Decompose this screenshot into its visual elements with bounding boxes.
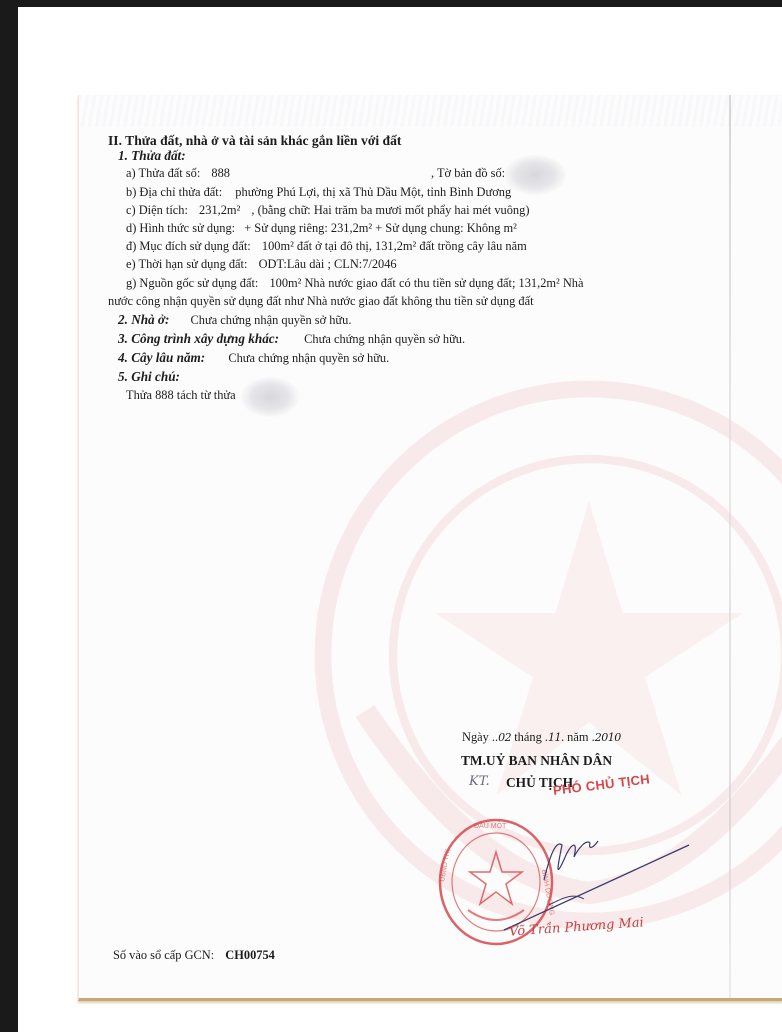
- land-origin: g) Nguồn gốc sử dụng đất: 100m² Nhà nước…: [126, 276, 584, 291]
- land-parcel-number: a) Thửa đất số: 888: [126, 166, 230, 181]
- origin-value-1: 100m² Nhà nước giao đất có thu tiền sử d…: [269, 276, 583, 290]
- notes-heading: 5. Ghi chú:: [118, 369, 180, 384]
- use-form-label: d) Hình thức sử dụng:: [126, 221, 235, 235]
- registry-value: CH00754: [225, 948, 275, 962]
- parcel-number-value: 888: [211, 166, 230, 180]
- registry-label: Số vào sổ cấp GCN:: [113, 948, 214, 962]
- construction-value: Chưa chứng nhận quyền sở hữu.: [304, 332, 465, 346]
- area-value: 231,2m²: [199, 203, 240, 217]
- land-origin-continued: nước công nhận quyền sử dụng đất như Nhà…: [108, 294, 534, 309]
- date-year-label: . năm .: [561, 730, 595, 744]
- land-use-term: e) Thời hạn sử dụng đất: ODT:Lâu dài ; C…: [126, 257, 397, 272]
- land-use-purpose: đ) Mục đích sử dụng đất: 100m² đất ở tại…: [126, 239, 527, 254]
- notes-value: Thửa 888 tách từ thửa: [126, 388, 236, 403]
- redacted-parent-parcel: [241, 377, 299, 417]
- map-sheet-label: , Tờ bản đồ số:: [431, 166, 505, 180]
- address-value: phường Phú Lợi, thị xã Thủ Dầu Một, tỉnh…: [235, 185, 511, 199]
- issue-date: Ngày ..02 tháng .11. năm .2010: [462, 730, 621, 745]
- use-form-value: + Sử dụng riêng: 231,2m² + Sử dụng chung…: [244, 221, 517, 235]
- origin-label: g) Nguồn gốc sử dụng đất:: [126, 276, 258, 290]
- handwritten-signature-icon: [474, 785, 694, 935]
- date-month: 11: [548, 731, 561, 744]
- construction-heading: 3. Công trình xây dựng khác:: [118, 331, 279, 346]
- viewer-frame-left: [0, 0, 18, 1032]
- section-title: II. Thửa đất, nhà ở và tài sản khác gắn …: [108, 133, 401, 148]
- issuing-authority: TM.UỶ BAN NHÂN DÂN: [461, 753, 612, 769]
- area-in-words: , (bằng chữ: Hai trăm ba mươi mốt phẩy h…: [251, 203, 529, 217]
- construction-row: 3. Công trình xây dựng khác: Chưa chứng …: [118, 331, 465, 347]
- registry-number: Số vào sổ cấp GCN: CH00754: [113, 948, 275, 963]
- date-day: 02: [498, 731, 511, 744]
- map-sheet-number: , Tờ bản đồ số:: [431, 166, 505, 181]
- use-term-label: e) Thời hạn sử dụng đất:: [126, 257, 247, 271]
- land-heading: 1. Thửa đất:: [118, 148, 186, 163]
- trees-value: Chưa chứng nhận quyền sở hữu.: [228, 351, 389, 365]
- area-label: c) Diện tích:: [126, 203, 188, 217]
- use-term-value: ODT:Lâu dài ; CLN:7/2046: [259, 257, 397, 271]
- trees-row: 4. Cây lâu năm: Chưa chứng nhận quyền sở…: [118, 350, 389, 366]
- parcel-number-label: a) Thửa đất số:: [126, 166, 200, 180]
- viewer-frame-top: [0, 0, 782, 7]
- trees-heading: 4. Cây lâu năm:: [118, 350, 205, 365]
- land-use-form: d) Hình thức sử dụng: + Sử dụng riêng: 2…: [126, 221, 517, 236]
- svg-text:UBND THỊ: UBND THỊ: [439, 849, 452, 883]
- date-month-label: tháng .: [511, 730, 548, 744]
- house-row: 2. Nhà ở: Chưa chứng nhận quyền sở hữu.: [118, 312, 351, 328]
- redacted-map-sheet: [504, 155, 566, 195]
- use-purpose-value: 100m² đất ở tại đô thị, 131,2m² đất trồn…: [262, 239, 527, 253]
- land-address: b) Địa chỉ thửa đất: phường Phú Lợi, thị…: [126, 185, 511, 200]
- house-heading: 2. Nhà ở:: [118, 312, 169, 327]
- date-prefix: Ngày ..: [462, 730, 498, 744]
- house-value: Chưa chứng nhận quyền sở hữu.: [191, 313, 352, 327]
- certificate-page: II. Thửa đất, nhà ở và tài sản khác gắn …: [78, 95, 782, 1001]
- use-purpose-label: đ) Mục đích sử dụng đất:: [126, 239, 251, 253]
- land-area: c) Diện tích: 231,2m² , (bằng chữ: Hai t…: [126, 203, 529, 218]
- address-label: b) Địa chỉ thửa đất:: [126, 185, 222, 199]
- date-year: 2010: [595, 731, 621, 744]
